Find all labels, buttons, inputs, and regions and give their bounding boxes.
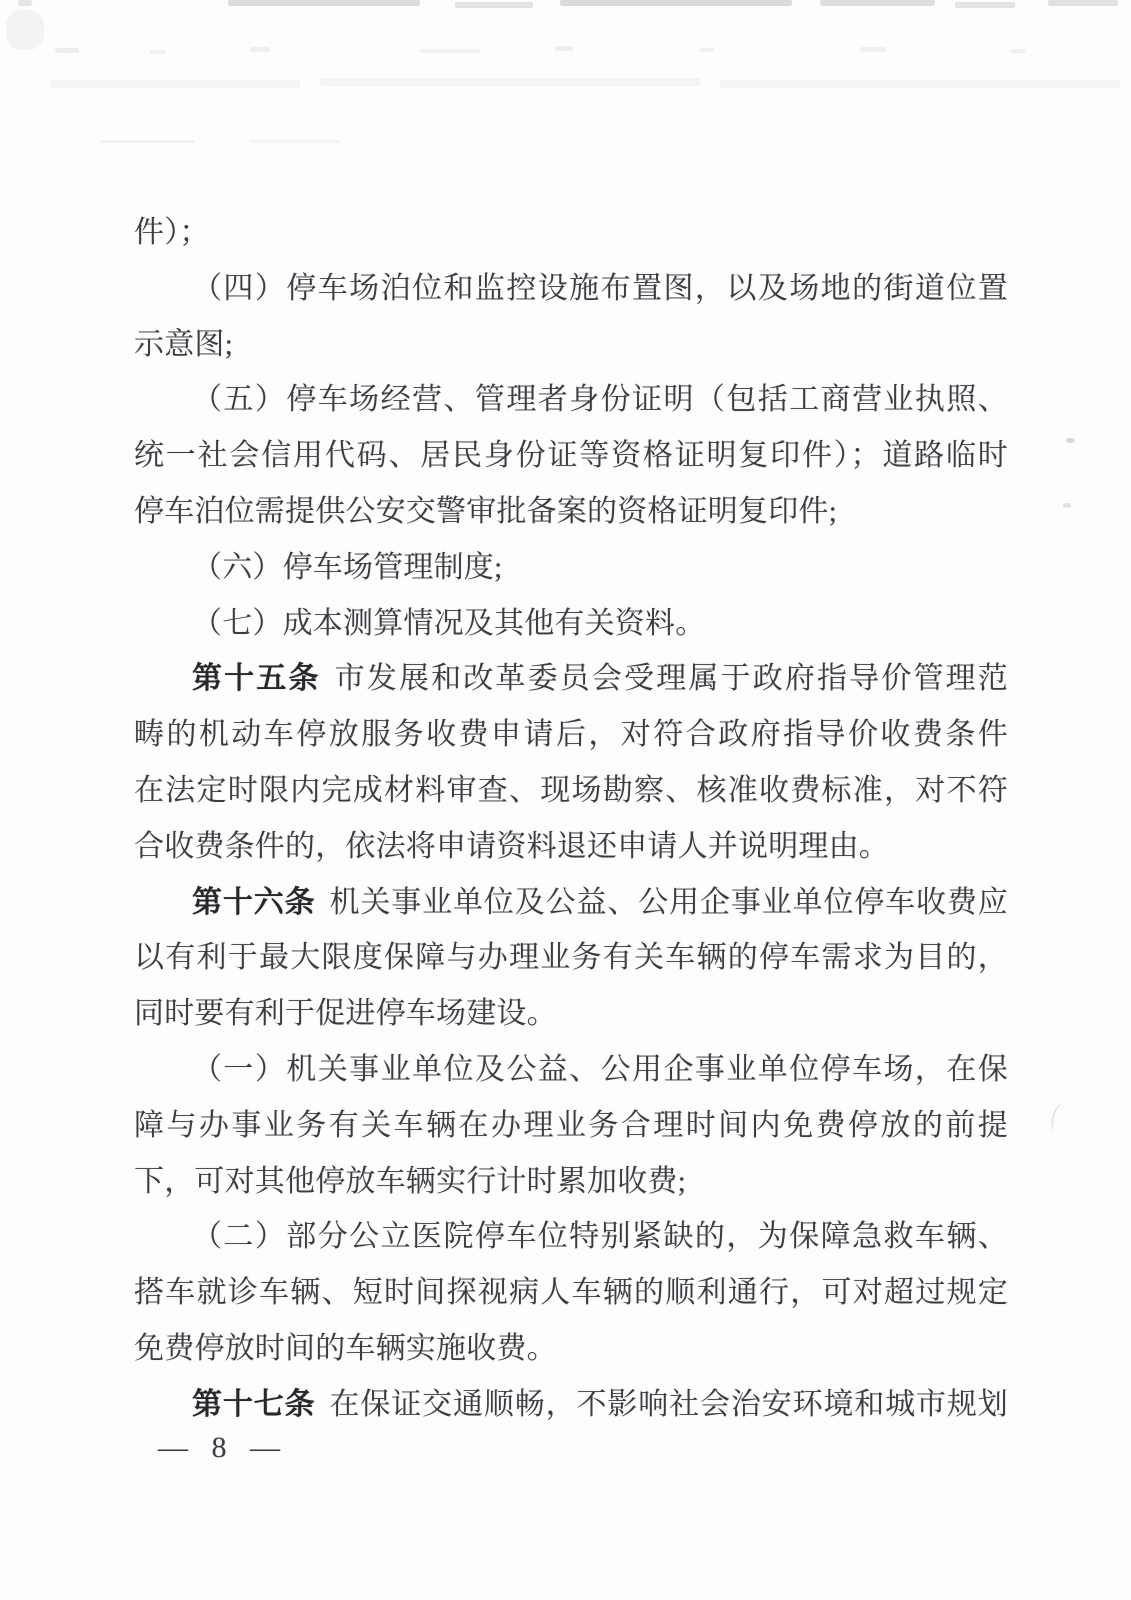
clause-heading: 第十五条 bbox=[192, 662, 321, 695]
scan-artifact bbox=[250, 47, 270, 52]
text-run: （一）机关事业单位及公益、公用企事业单位停车场，在保 bbox=[192, 1053, 1008, 1086]
scan-artifact bbox=[1066, 438, 1075, 443]
text-line: 下，可对其他停放车辆实行计时累加收费; bbox=[134, 1154, 1008, 1210]
text-run: （五）停车场经营、管理者身份证明（包括工商营业执照、 bbox=[192, 383, 1008, 416]
scan-artifact bbox=[455, 2, 533, 8]
clause-heading: 第十七条 bbox=[192, 1388, 316, 1421]
scan-artifact bbox=[18, 0, 32, 6]
text-run: （二）部分公立医院停车位特别紧缺的，为保障急救车辆、 bbox=[192, 1220, 1008, 1253]
scan-artifact bbox=[560, 0, 792, 6]
scan-artifact bbox=[250, 140, 340, 143]
text-line: 搭车就诊车辆、短时间探视病人车辆的顺利通行，可对超过规定 bbox=[134, 1265, 1008, 1321]
text-line: 免费停放时间的车辆实施收费。 bbox=[134, 1321, 1008, 1377]
text-run: 在法定时限内完成材料审查、现场勘察、核准收费标准，对不符 bbox=[134, 774, 1008, 807]
text-line: 同时要有利于促进停车场建设。 bbox=[134, 986, 1008, 1042]
text-run: 市发展和改革委员会受理属于政府指导价管理范 bbox=[335, 662, 1008, 695]
text-line: 停车泊位需提供公安交警审批备案的资格证明复印件; bbox=[134, 484, 1008, 540]
clause-start-line: 第十五条市发展和改革委员会受理属于政府指导价管理范 bbox=[134, 651, 1008, 707]
text-line: 畴的机动车停放服务收费申请后，对符合政府指导价收费条件的， bbox=[134, 707, 1008, 763]
text-run: （四）停车场泊位和监控设施布置图，以及场地的街道位置 bbox=[192, 272, 1008, 305]
text-run: 以有利于最大限度保障与办理业务有关车辆的停车需求为目的， bbox=[134, 941, 1008, 974]
text-run: 障与办事业务有关车辆在办理业务合理时间内免费停放的前提 bbox=[134, 1109, 1008, 1142]
scan-artifact bbox=[420, 49, 480, 53]
text-run: 下，可对其他停放车辆实行计时累加收费; bbox=[134, 1165, 686, 1198]
scan-artifact bbox=[700, 48, 714, 52]
scan-artifact bbox=[955, 2, 1015, 8]
text-line: 示意图; bbox=[134, 317, 1008, 373]
scan-artifact bbox=[1063, 503, 1071, 508]
text-run: 停车泊位需提供公安交警审批备案的资格证明复印件; bbox=[134, 495, 837, 528]
text-run: 示意图; bbox=[134, 328, 233, 361]
text-run: （七）成本测算情况及其他有关资料。 bbox=[192, 607, 705, 640]
page-number: — 8 — bbox=[158, 1424, 288, 1472]
scan-artifact bbox=[860, 47, 886, 52]
scan-artifact bbox=[100, 140, 195, 143]
text-line: 障与办事业务有关车辆在办理业务合理时间内免费停放的前提 bbox=[134, 1098, 1008, 1154]
text-line: （五）停车场经营、管理者身份证明（包括工商营业执照、 bbox=[134, 372, 1008, 428]
text-run: 畴的机动车停放服务收费申请后，对符合政府指导价收费条件的， bbox=[134, 718, 1008, 763]
text-line: 件）； bbox=[134, 205, 1008, 261]
scan-artifact bbox=[1049, 1103, 1069, 1134]
text-line: 在法定时限内完成材料审查、现场勘察、核准收费标准，对不符 bbox=[134, 763, 1008, 819]
scan-artifact bbox=[720, 80, 1120, 88]
text-line: （四）停车场泊位和监控设施布置图，以及场地的街道位置 bbox=[134, 261, 1008, 317]
scan-artifact bbox=[820, 0, 935, 6]
scan-artifact bbox=[55, 48, 79, 53]
text-run: 机关事业单位及公益、公用企事业单位停车收费应 bbox=[330, 886, 1009, 919]
clause-start-line: 第十六条机关事业单位及公益、公用企事业单位停车收费应 bbox=[134, 875, 1008, 931]
clause-heading: 第十六条 bbox=[192, 886, 316, 919]
text-run: 统一社会信用代码、居民身份证等资格证明复印件）；道路临时 bbox=[134, 439, 1008, 472]
document-body: 件）；（四）停车场泊位和监控设施布置图，以及场地的街道位置示意图;（五）停车场经… bbox=[134, 205, 1008, 1433]
scan-artifact bbox=[1048, 0, 1118, 6]
text-run: 合收费条件的，依法将申请资料退还申请人并说明理由。 bbox=[134, 830, 889, 863]
scan-artifact bbox=[228, 0, 420, 6]
scan-artifact bbox=[320, 78, 700, 86]
text-line: （六）停车场管理制度; bbox=[134, 540, 1008, 596]
text-line: （一）机关事业单位及公益、公用企事业单位停车场，在保 bbox=[134, 1042, 1008, 1098]
text-line: （二）部分公立医院停车位特别紧缺的，为保障急救车辆、 bbox=[134, 1209, 1008, 1265]
text-run: 件）； bbox=[134, 216, 210, 249]
text-run: 搭车就诊车辆、短时间探视病人车辆的顺利通行，可对超过规定 bbox=[134, 1276, 1008, 1309]
scan-artifact bbox=[555, 46, 573, 51]
text-run: （六）停车场管理制度; bbox=[192, 551, 503, 584]
text-run: 在保证交通顺畅，不影响社会治安环境和城市规划 bbox=[330, 1388, 1009, 1421]
scan-artifact bbox=[1010, 49, 1026, 53]
document-page: 件）；（四）停车场泊位和监控设施布置图，以及场地的街道位置示意图;（五）停车场经… bbox=[0, 0, 1131, 1600]
scan-artifact bbox=[150, 50, 166, 54]
text-line: 统一社会信用代码、居民身份证等资格证明复印件）；道路临时 bbox=[134, 428, 1008, 484]
text-line: 以有利于最大限度保障与办理业务有关车辆的停车需求为目的， bbox=[134, 930, 1008, 986]
text-run: 免费停放时间的车辆实施收费。 bbox=[134, 1332, 557, 1365]
text-run: 同时要有利于促进停车场建设。 bbox=[134, 997, 557, 1030]
text-line: 合收费条件的，依法将申请资料退还申请人并说明理由。 bbox=[134, 819, 1008, 875]
scan-artifact bbox=[50, 80, 300, 88]
text-line: （七）成本测算情况及其他有关资料。 bbox=[134, 596, 1008, 652]
scan-artifact bbox=[6, 10, 44, 50]
